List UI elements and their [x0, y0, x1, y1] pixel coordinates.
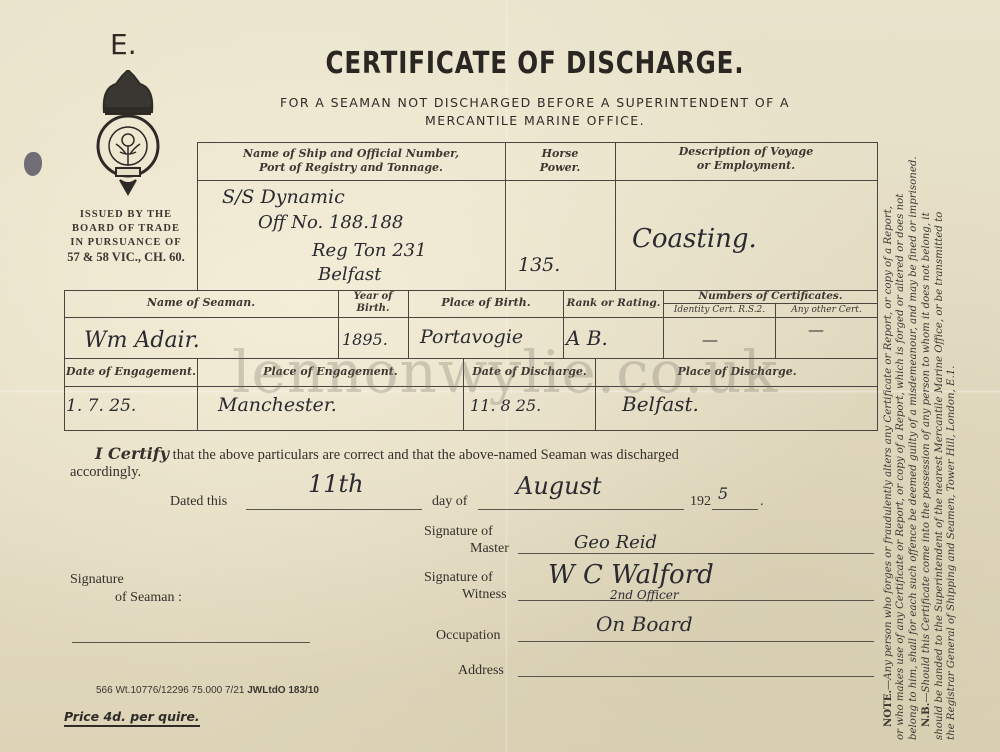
occupation-value: On Board — [596, 612, 693, 636]
seaman-signature-label-2: of Seaman : — [115, 590, 182, 606]
ink-blot — [24, 152, 42, 176]
document-subtitle: FOR A SEAMAN NOT DISCHARGED BEFORE A SUP… — [220, 94, 850, 130]
year-suffix: . — [760, 494, 764, 510]
day-value: 11th — [308, 470, 364, 498]
month-value: August — [516, 472, 602, 500]
address-label: Address — [458, 663, 504, 679]
master-signature-label-2: Master — [470, 541, 509, 557]
occupation-label: Occupation — [436, 628, 501, 644]
year-of-birth-value: 1895. — [342, 330, 388, 349]
price-text: Price 4d. per quire. — [64, 709, 200, 727]
horse-power-value: 135. — [518, 254, 560, 276]
address-line — [518, 676, 874, 677]
header-numbers-of-certificates: Numbers of Certificates. — [664, 289, 877, 303]
voyage-value: Coasting. — [632, 224, 757, 254]
date-of-engagement-value: 1. 7. 25. — [66, 396, 136, 416]
document-title: CERTIFICATE OF DISCHARGE. — [285, 46, 785, 81]
seaman-signature-label-1: Signature — [70, 572, 124, 588]
issued-by-text: ISSUED BY THE BOARD OF TRADE IN PURSUANC… — [52, 208, 200, 264]
certification-line-1: I Certify that the above particulars are… — [95, 444, 679, 464]
printer-imprint: 566 Wt.10776/12296 75.000 7/21 JWLtdO 18… — [96, 685, 319, 696]
year-prefix: 192 — [690, 494, 711, 510]
header-identity-cert: Identity Cert. R.S.2. — [664, 303, 775, 317]
day-of-label: day of — [432, 494, 467, 510]
header-horse-power: Horse Power. — [507, 147, 613, 175]
header-rank: Rank or Rating. — [564, 296, 663, 310]
witness-signature-label-2: Witness — [462, 587, 507, 603]
witness-rank-value: 2nd Officer — [610, 588, 679, 602]
witness-signature-label-1: Signature of — [424, 570, 493, 586]
port-of-registry-value: Belfast — [318, 264, 382, 285]
date-of-discharge-value: 11. 8 25. — [470, 396, 541, 415]
place-of-birth-value: Portavogie — [420, 326, 523, 348]
witness-signature-value: W C Walford — [548, 560, 714, 590]
identity-cert-value: — — [702, 330, 718, 349]
master-signature-value: Geo Reid — [574, 532, 657, 553]
dated-this-label: Dated this — [170, 494, 227, 510]
seaman-signature-line — [72, 642, 310, 643]
header-place-of-engagement: Place of Engagement. — [199, 365, 462, 379]
header-other-cert: Any other Cert. — [776, 303, 877, 317]
form-letter: E. — [110, 28, 137, 61]
certificate-page: E. ISSUED BY THE BOARD OF TRADE IN PURSU… — [0, 0, 1000, 752]
rank-value: A B. — [566, 326, 608, 350]
registered-tonnage-value: Reg Ton 231 — [312, 240, 427, 261]
header-place-of-birth: Place of Birth. — [410, 296, 562, 310]
official-number-value: Off No. 188.188 — [258, 212, 403, 233]
header-voyage: Description of Voyage or Employment. — [617, 145, 875, 173]
master-signature-label-1: Signature of — [424, 524, 493, 540]
board-of-trade-crest-icon — [92, 70, 164, 200]
certification-line-2: accordingly. — [70, 464, 141, 481]
year-value: 5 — [718, 484, 728, 503]
place-of-engagement-value: Manchester. — [218, 394, 337, 416]
other-cert-value: — — [808, 320, 824, 339]
header-place-of-discharge: Place of Discharge. — [597, 365, 877, 379]
fold-crease-horizontal — [0, 390, 1000, 393]
header-year-of-birth: Year of Birth. — [339, 291, 407, 315]
legal-side-note: NOTE.—Any person who forges or fraudulen… — [882, 24, 958, 740]
header-date-of-engagement: Date of Engagement. — [66, 365, 196, 379]
header-date-of-discharge: Date of Discharge. — [465, 365, 594, 379]
seaman-name-value: Wm Adair. — [84, 328, 200, 353]
ship-name-value: S/S Dynamic — [222, 186, 345, 208]
header-name-of-seaman: Name of Seaman. — [66, 296, 336, 310]
header-ship-name: Name of Ship and Official Number, Port o… — [200, 147, 502, 175]
place-of-discharge-value: Belfast. — [622, 392, 699, 416]
